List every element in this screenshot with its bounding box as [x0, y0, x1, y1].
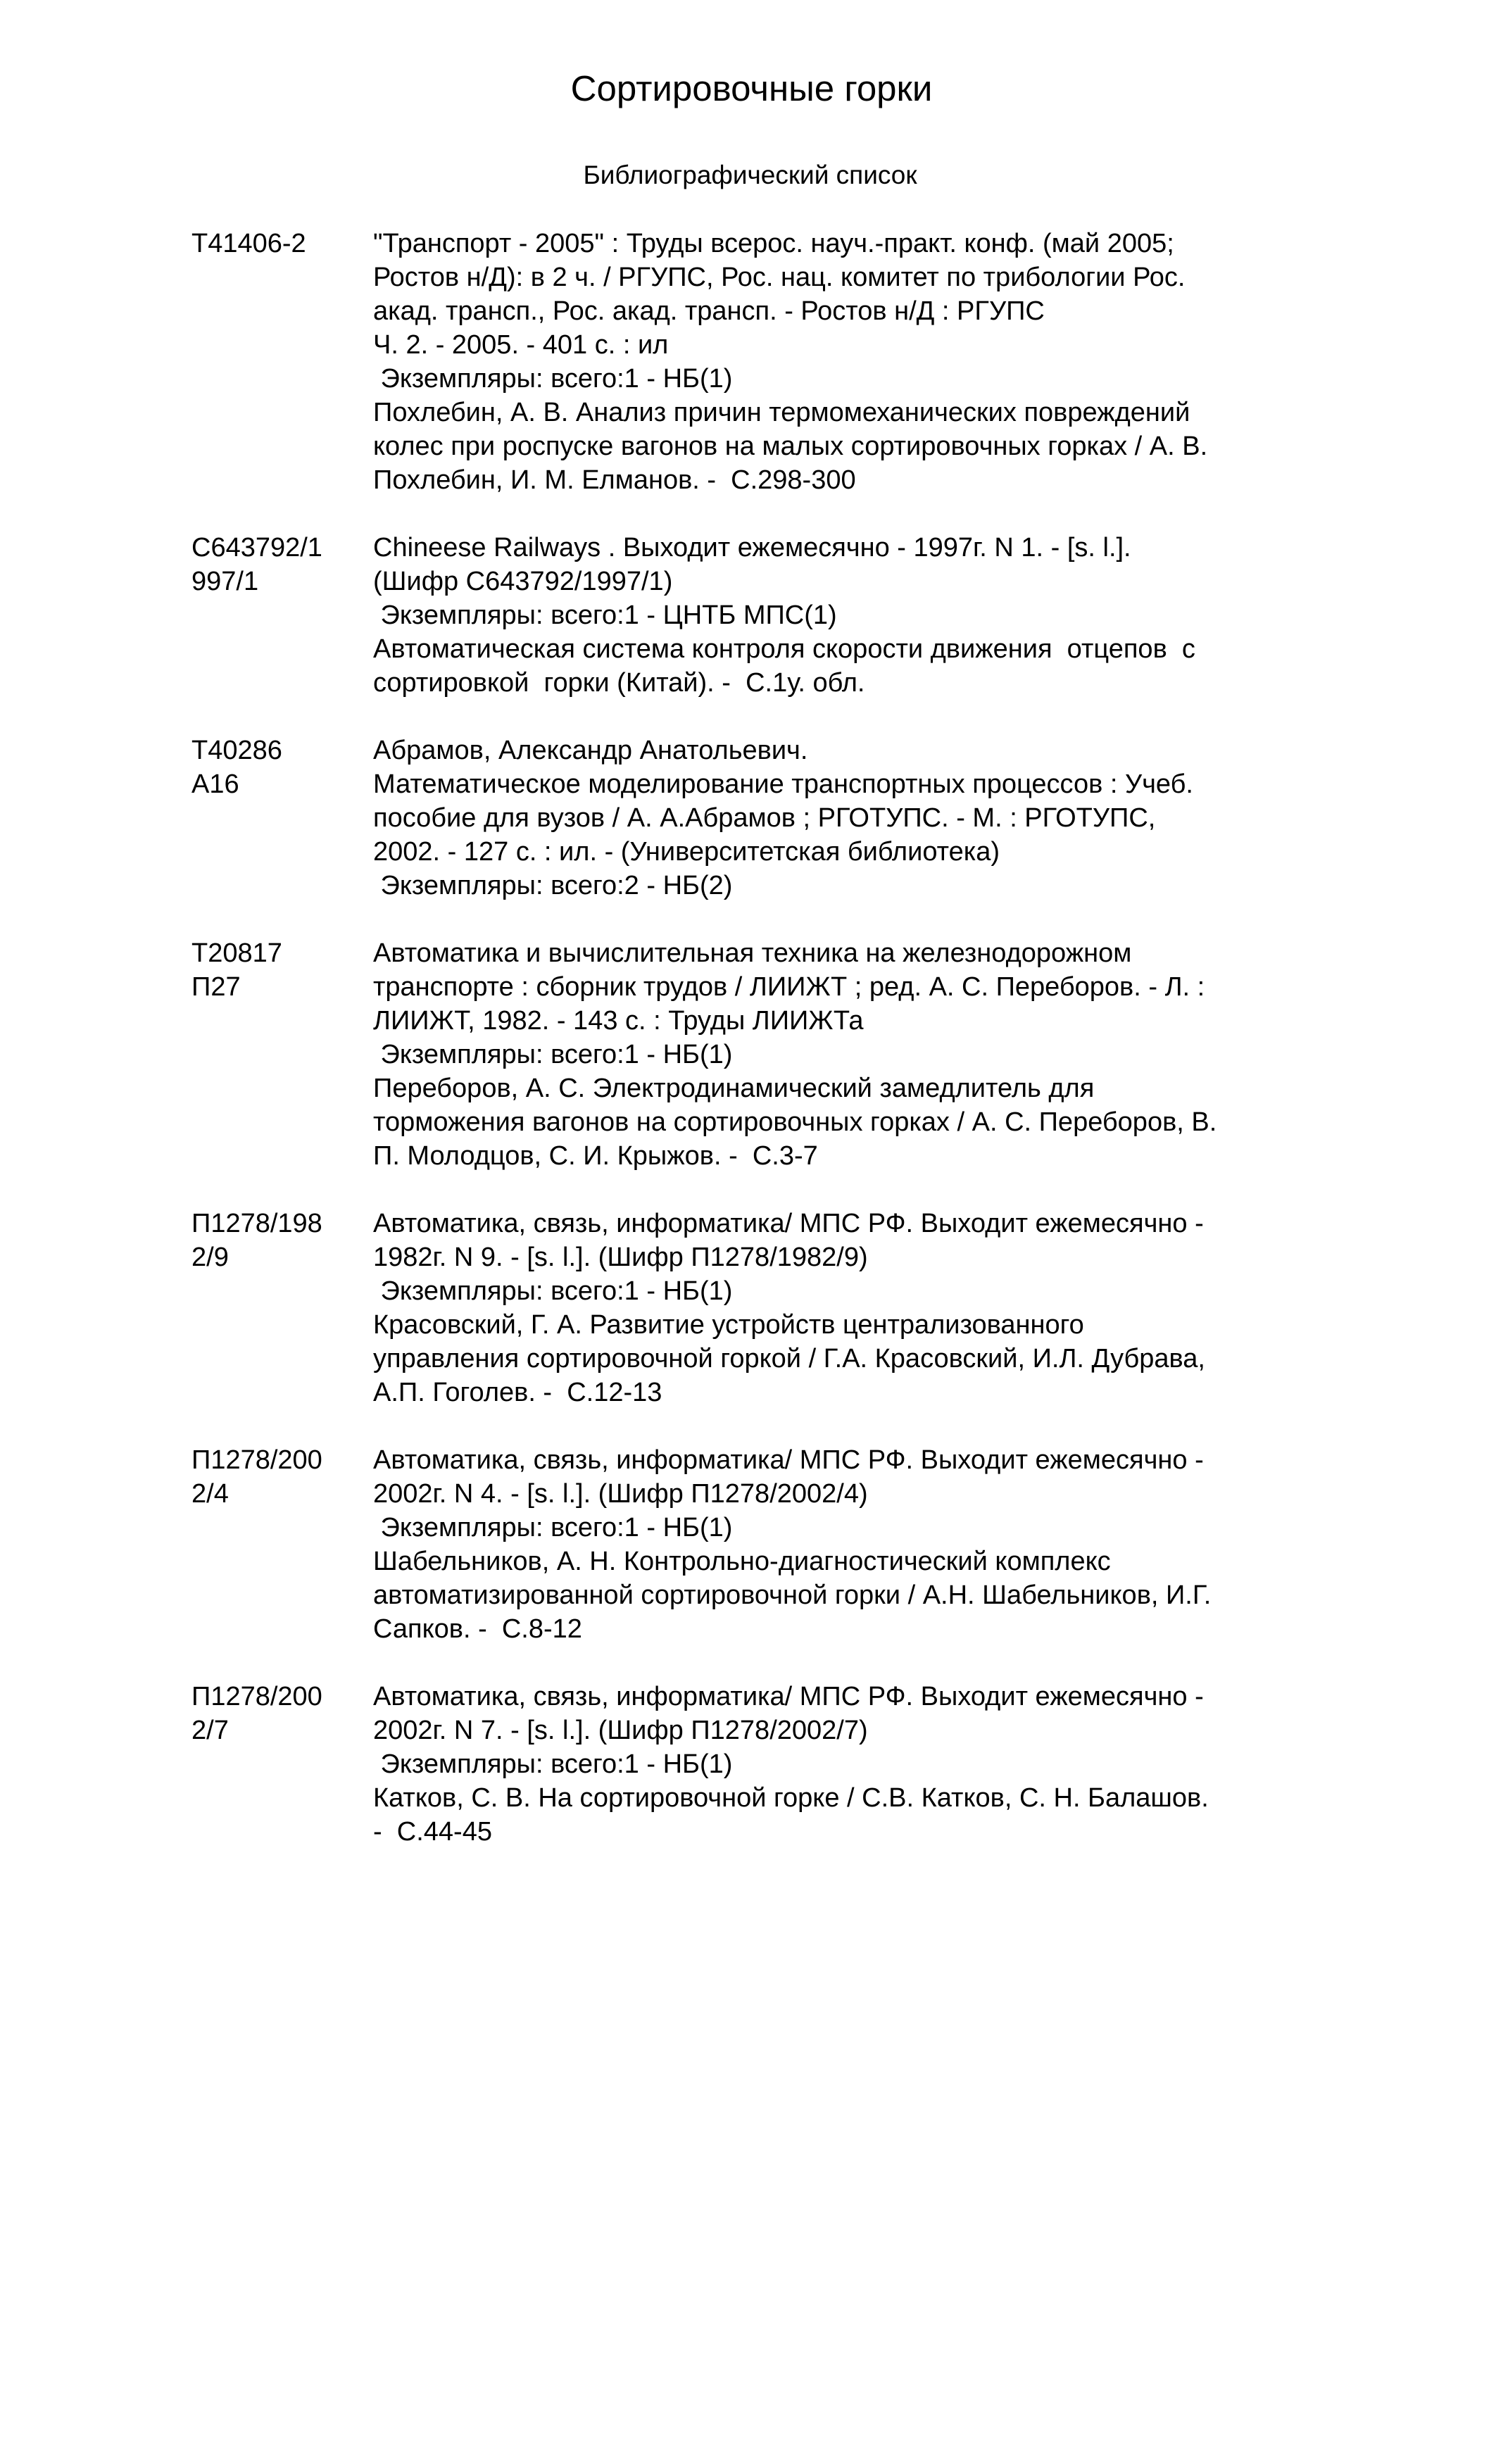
description-line: - С.44-45	[373, 1815, 1332, 1849]
shelf-code-line: Т41406-2	[191, 227, 373, 260]
shelf-code: Т20817П27	[191, 936, 373, 1004]
entry-description: Автоматика, связь, информатика/ МПС РФ. …	[373, 1680, 1332, 1849]
description-line: Катков, С. В. На сортировочной горке / С…	[373, 1781, 1332, 1815]
description-line: ЛИИЖТ, 1982. - 143 с. : Труды ЛИИЖТа	[373, 1004, 1332, 1038]
shelf-code: П1278/2002/4	[191, 1443, 373, 1511]
description-line: сортировкой горки (Китай). - С.1у. обл.	[373, 666, 1332, 700]
description-line: П. Молодцов, С. И. Крыжов. - С.3-7	[373, 1139, 1332, 1173]
bibliography-entry: П1278/1982/9 Автоматика, связь, информат…	[191, 1207, 1332, 1409]
description-line: Шабельников, А. Н. Контрольно-диагностич…	[373, 1545, 1332, 1578]
shelf-code-line: П1278/200	[191, 1443, 373, 1477]
bibliography-entry: Т40286А16 Абрамов, Александр Анатольевич…	[191, 734, 1332, 903]
shelf-code: П1278/2002/7	[191, 1680, 373, 1747]
shelf-code-line: П1278/200	[191, 1680, 373, 1714]
description-line: пособие для вузов / А. А.Абрамов ; РГОТУ…	[373, 801, 1332, 835]
bibliography-entry: Т41406-2 "Транспорт - 2005" : Труды всер…	[191, 227, 1332, 497]
description-line: 1982г. N 9. - [s. l.]. (Шифр П1278/1982/…	[373, 1240, 1332, 1274]
description-line: торможения вагонов на сортировочных горк…	[373, 1105, 1332, 1139]
entry-description: Автоматика, связь, информатика/ МПС РФ. …	[373, 1443, 1332, 1646]
shelf-code-line: 2/4	[191, 1477, 373, 1511]
page-title: Сортировочные горки	[0, 68, 1496, 110]
shelf-code-line: А16	[191, 767, 373, 801]
shelf-code-line: Т40286	[191, 734, 373, 767]
shelf-code: Т40286А16	[191, 734, 373, 801]
description-line: Похлебин, А. В. Анализ причин термомехан…	[373, 396, 1332, 429]
description-line: автоматизированной сортировочной горки /…	[373, 1578, 1332, 1612]
description-line: Экземпляры: всего:1 - НБ(1)	[373, 362, 1332, 396]
description-line: Экземпляры: всего:1 - НБ(1)	[373, 1747, 1332, 1781]
description-line: Сапков. - С.8-12	[373, 1612, 1332, 1646]
description-line: Ч. 2. - 2005. - 401 с. : ил	[373, 328, 1332, 362]
bibliography-entry: П1278/2002/4 Автоматика, связь, информат…	[191, 1443, 1332, 1646]
entry-description: Автоматика, связь, информатика/ МПС РФ. …	[373, 1207, 1332, 1409]
description-line: 2002г. N 4. - [s. l.]. (Шифр П1278/2002/…	[373, 1477, 1332, 1511]
description-line: Автоматика и вычислительная техника на ж…	[373, 936, 1332, 970]
shelf-code-line: С643792/1	[191, 531, 373, 565]
description-line: 2002г. N 7. - [s. l.]. (Шифр П1278/2002/…	[373, 1714, 1332, 1747]
description-line: Экземпляры: всего:1 - НБ(1)	[373, 1038, 1332, 1071]
shelf-code: П1278/1982/9	[191, 1207, 373, 1274]
description-line: 2002. - 127 с. : ил. - (Университетская …	[373, 835, 1332, 869]
shelf-code-line: П1278/198	[191, 1207, 373, 1240]
shelf-code-line: Т20817	[191, 936, 373, 970]
shelf-code-line: 997/1	[191, 565, 373, 598]
description-line: Экземпляры: всего:2 - НБ(2)	[373, 869, 1332, 903]
description-line: Экземпляры: всего:1 - ЦНТБ МПС(1)	[373, 598, 1332, 632]
description-line: Автоматика, связь, информатика/ МПС РФ. …	[373, 1207, 1332, 1240]
entry-description: Абрамов, Александр Анатольевич.Математич…	[373, 734, 1332, 903]
shelf-code-line: 2/7	[191, 1714, 373, 1747]
description-line: Экземпляры: всего:1 - НБ(1)	[373, 1274, 1332, 1308]
description-line: управления сортировочной горкой / Г.А. К…	[373, 1342, 1332, 1376]
shelf-code-line: 2/9	[191, 1240, 373, 1274]
description-line: "Транспорт - 2005" : Труды всерос. науч.…	[373, 227, 1332, 260]
description-line: Абрамов, Александр Анатольевич.	[373, 734, 1332, 767]
description-line: колес при роспуске вагонов на малых сорт…	[373, 429, 1332, 463]
entry-description: "Транспорт - 2005" : Труды всерос. науч.…	[373, 227, 1332, 497]
description-line: Автоматическая система контроля скорости…	[373, 632, 1332, 666]
description-line: Экземпляры: всего:1 - НБ(1)	[373, 1511, 1332, 1545]
description-line: Красовский, Г. А. Развитие устройств цен…	[373, 1308, 1332, 1342]
description-line: Переборов, А. С. Электродинамический зам…	[373, 1071, 1332, 1105]
shelf-code-line: П27	[191, 970, 373, 1004]
description-line: транспорте : сборник трудов / ЛИИЖТ ; ре…	[373, 970, 1332, 1004]
description-line: Автоматика, связь, информатика/ МПС РФ. …	[373, 1680, 1332, 1714]
bibliography-entry: Т20817П27 Автоматика и вычислительная те…	[191, 936, 1332, 1173]
description-line: акад. трансп., Рос. акад. трансп. - Рост…	[373, 294, 1332, 328]
description-line: Автоматика, связь, информатика/ МПС РФ. …	[373, 1443, 1332, 1477]
bibliography-entry: С643792/1997/1 Chineese Railways . Выход…	[191, 531, 1332, 700]
description-line: Chineese Railways . Выходит ежемесячно -…	[373, 531, 1332, 565]
entry-description: Автоматика и вычислительная техника на ж…	[373, 936, 1332, 1173]
bibliography-entry: П1278/2002/7 Автоматика, связь, информат…	[191, 1680, 1332, 1849]
shelf-code: С643792/1997/1	[191, 531, 373, 598]
description-line: Ростов н/Д): в 2 ч. / РГУПС, Рос. нац. к…	[373, 260, 1332, 294]
page-subtitle: Библиографический список	[0, 159, 1496, 191]
description-line: А.П. Гоголев. - С.12-13	[373, 1376, 1332, 1409]
bibliography-list: Т41406-2 "Транспорт - 2005" : Труды всер…	[191, 227, 1332, 1882]
shelf-code: Т41406-2	[191, 227, 373, 260]
description-line: (Шифр С643792/1997/1)	[373, 565, 1332, 598]
entry-description: Chineese Railways . Выходит ежемесячно -…	[373, 531, 1332, 700]
description-line: Похлебин, И. М. Елманов. - С.298-300	[373, 463, 1332, 497]
description-line: Математическое моделирование транспортны…	[373, 767, 1332, 801]
